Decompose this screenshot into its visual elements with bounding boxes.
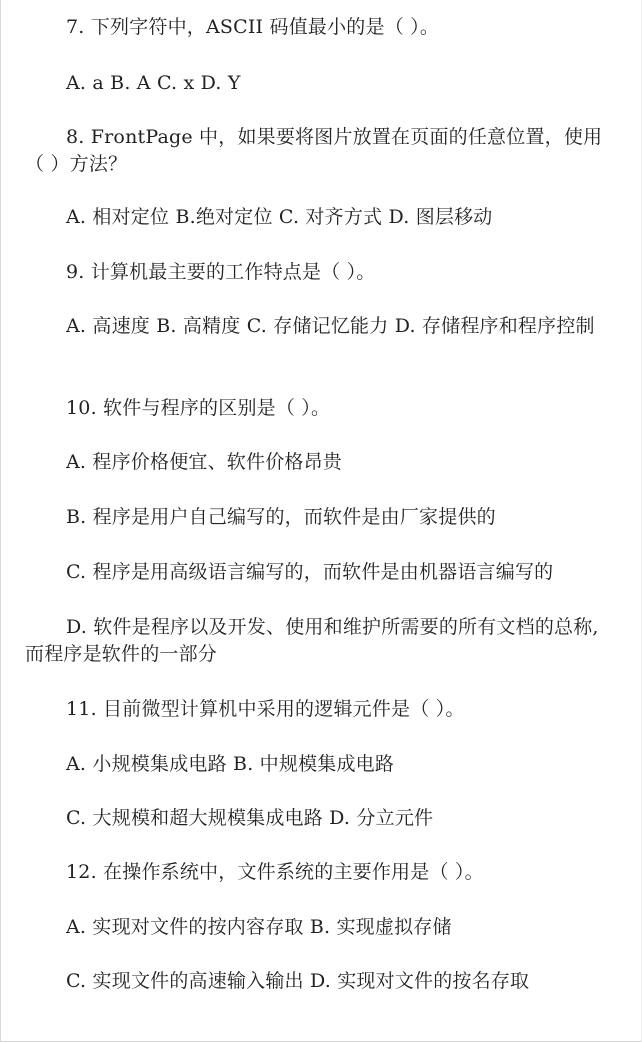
question-9-options: A. 高速度 B. 高精度 C. 存储记忆能力 D. 存储程序和程序控制 [25, 313, 617, 340]
question-11-options-cd: C. 大规模和超大规模集成电路 D. 分立元件 [25, 805, 617, 832]
question-10-option-b: B. 程序是用户自己编写的，而软件是由厂家提供的 [25, 504, 617, 531]
question-7-options: A. a B. A C. x D. Y [25, 70, 617, 97]
question-12-options-cd: C. 实现文件的高速输入输出 D. 实现对文件的按名存取 [25, 968, 617, 995]
document-page: 7. 下列字符中，ASCII 码值最小的是（ ）。 A. a B. A C. x… [0, 0, 642, 1042]
question-8-options: A. 相对定位 B.绝对定位 C. 对齐方式 D. 图层移动 [25, 204, 617, 231]
question-7: 7. 下列字符中，ASCII 码值最小的是（ ）。 [25, 14, 617, 41]
question-10-option-a: A. 程序价格便宜、软件价格昂贵 [25, 449, 617, 476]
question-9: 9. 计算机最主要的工作特点是（ ）。 [25, 259, 617, 286]
question-11-options-ab: A. 小规模集成电路 B. 中规模集成电路 [25, 751, 617, 778]
question-10-option-c: C. 程序是用高级语言编写的，而软件是由机器语言编写的 [25, 559, 617, 586]
question-8: 8. FrontPage 中，如果要将图片放置在页面的任意位置，使用（ ）方法？ [25, 124, 617, 178]
question-12: 12. 在操作系统中，文件系统的主要作用是（ ）。 [25, 859, 617, 886]
question-11: 11. 目前微型计算机中采用的逻辑元件是（ ）。 [25, 696, 617, 723]
question-12-options-ab: A. 实现对文件的按内容存取 B. 实现虚拟存储 [25, 914, 617, 941]
question-10-option-d: D. 软件是程序以及开发、使用和维护所需要的所有文档的总称,而程序是软件的一部分 [25, 614, 617, 668]
question-10: 10. 软件与程序的区别是（ ）。 [25, 395, 617, 422]
